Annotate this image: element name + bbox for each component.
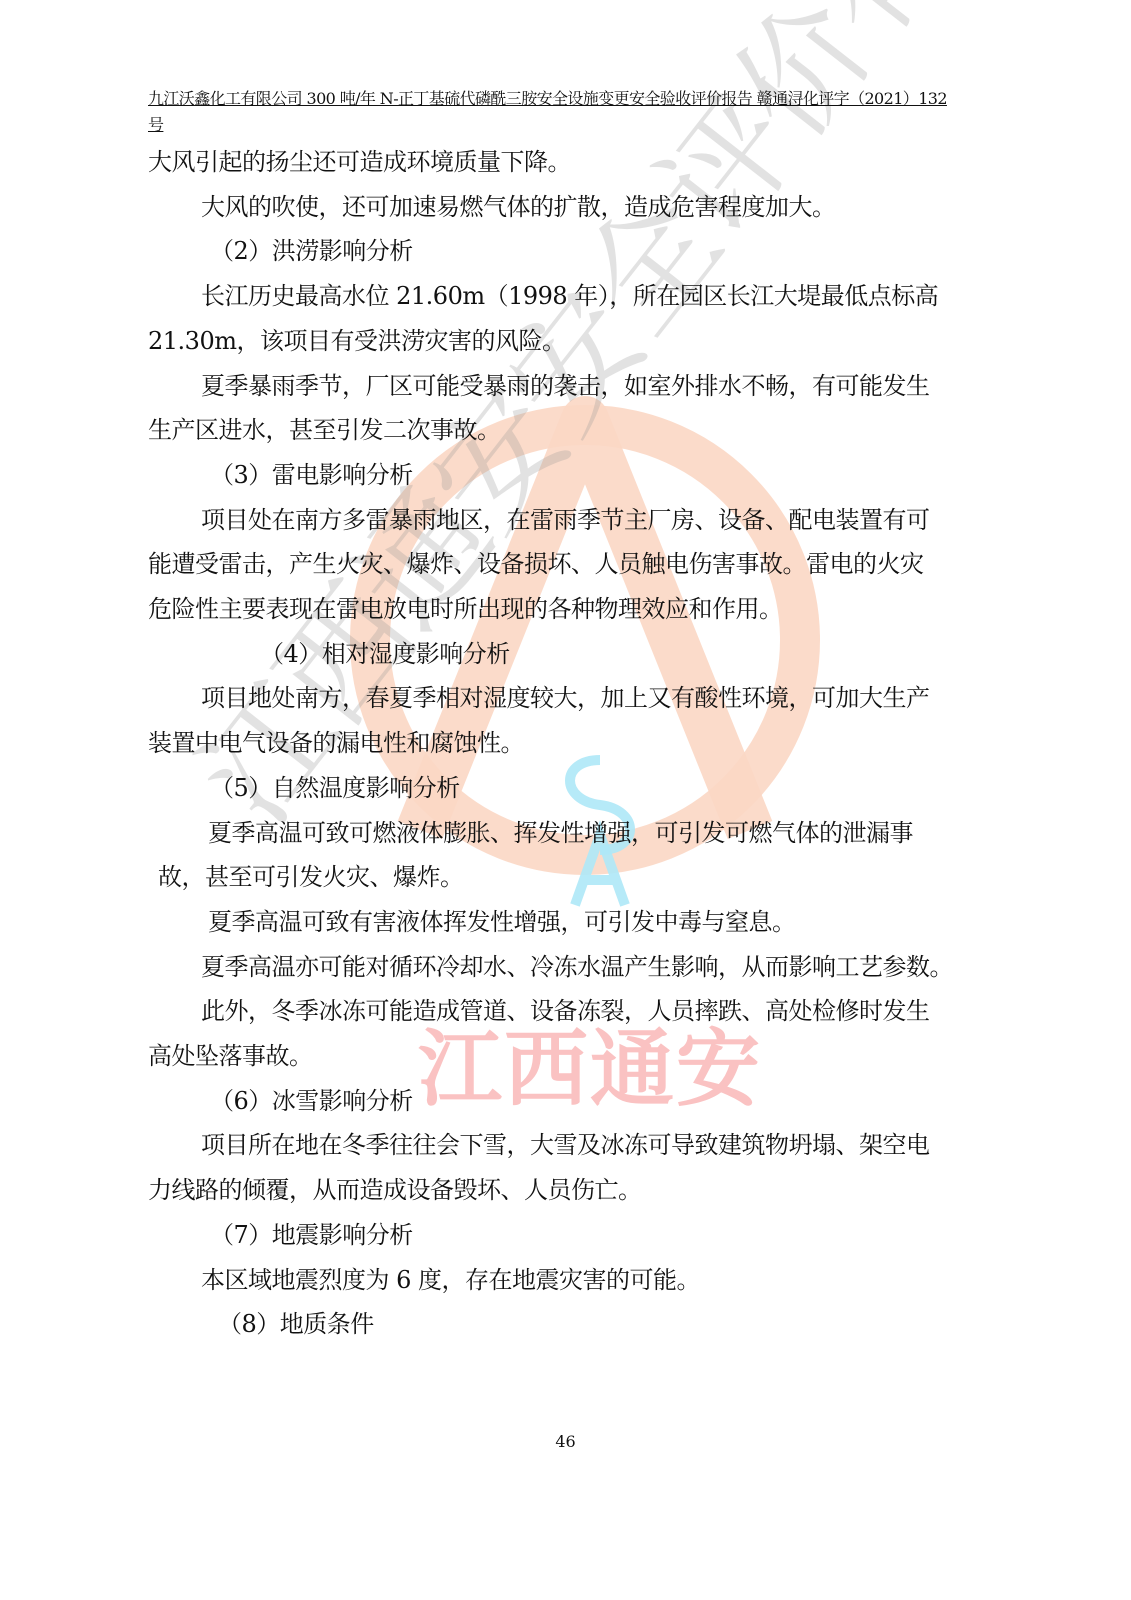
paragraph: 故，甚至可引发火灾、爆炸。 [148,855,1008,900]
paragraph: 项目处在南方多雷暴雨地区，在雷雨季节主厂房、设备、配电装置有可 [148,498,1008,543]
section-heading-3: （3）雷电影响分析 [148,453,1008,498]
paragraph: 大风引起的扬尘还可造成环境质量下降。 [148,140,1008,185]
paragraph: 此外，冬季冰冻可能造成管道、设备冻裂，人员摔跌、高处检修时发生 [148,989,1008,1034]
header-title-line: 九江沃鑫化工有限公司 300 吨/年 N-正丁基硫代磷酰三胺安全设施变更安全验收… [148,86,1008,112]
paragraph: 长江历史最高水位 21.60m（1998 年），所在园区长江大堤最低点标高 [148,274,1008,319]
paragraph: 高处坠落事故。 [148,1034,1008,1079]
section-heading-5: （5）自然温度影响分析 [148,766,1008,811]
paragraph: 项目地处南方，春夏季相对湿度较大，加上又有酸性环境，可加大生产 [148,676,1008,721]
paragraph: 夏季高温亦可能对循环冷却水、冷冻水温产生影响，从而影响工艺参数。 [148,945,1008,990]
header-title-line-2: 号 [148,112,1008,138]
paragraph: 生产区进水，甚至引发二次事故。 [148,408,1008,453]
document-body: 大风引起的扬尘还可造成环境质量下降。 大风的吹使，还可加速易燃气体的扩散，造成危… [148,140,1008,1347]
section-heading-4: （4）相对湿度影响分析 [148,632,1008,677]
paragraph: 危险性主要表现在雷电放电时所出现的各种物理效应和作用。 [148,587,1008,632]
paragraph: 夏季高温可致有害液体挥发性增强，可引发中毒与窒息。 [148,900,1008,945]
section-heading-8: （8）地质条件 [148,1302,1008,1347]
paragraph: 夏季高温可致可燃液体膨胀、挥发性增强，可引发可燃气体的泄漏事 [148,811,1008,856]
paragraph: 项目所在地在冬季往往会下雪，大雪及冰冻可导致建筑物坍塌、架空电 [148,1123,1008,1168]
paragraph: 夏季暴雨季节，厂区可能受暴雨的袭击，如室外排水不畅，有可能发生 [148,364,1008,409]
paragraph: 本区域地震烈度为 6 度，存在地震灾害的可能。 [148,1258,1008,1303]
paragraph: 21.30m，该项目有受洪涝灾害的风险。 [148,319,1008,364]
paragraph: 装置中电气设备的漏电性和腐蚀性。 [148,721,1008,766]
page-number: 46 [0,1432,1131,1451]
paragraph: 能遭受雷击，产生火灾、爆炸、设备损坏、人员触电伤害事故。雷电的火灾 [148,542,1008,587]
section-heading-6: （6）冰雪影响分析 [148,1079,1008,1124]
paragraph: 大风的吹使，还可加速易燃气体的扩散，造成危害程度加大。 [148,185,1008,230]
section-heading-7: （7）地震影响分析 [148,1213,1008,1258]
paragraph: 力线路的倾覆，从而造成设备毁坏、人员伤亡。 [148,1168,1008,1213]
section-heading-2: （2）洪涝影响分析 [148,229,1008,274]
running-header: 九江沃鑫化工有限公司 300 吨/年 N-正丁基硫代磷酰三胺安全设施变更安全验收… [148,86,1008,138]
